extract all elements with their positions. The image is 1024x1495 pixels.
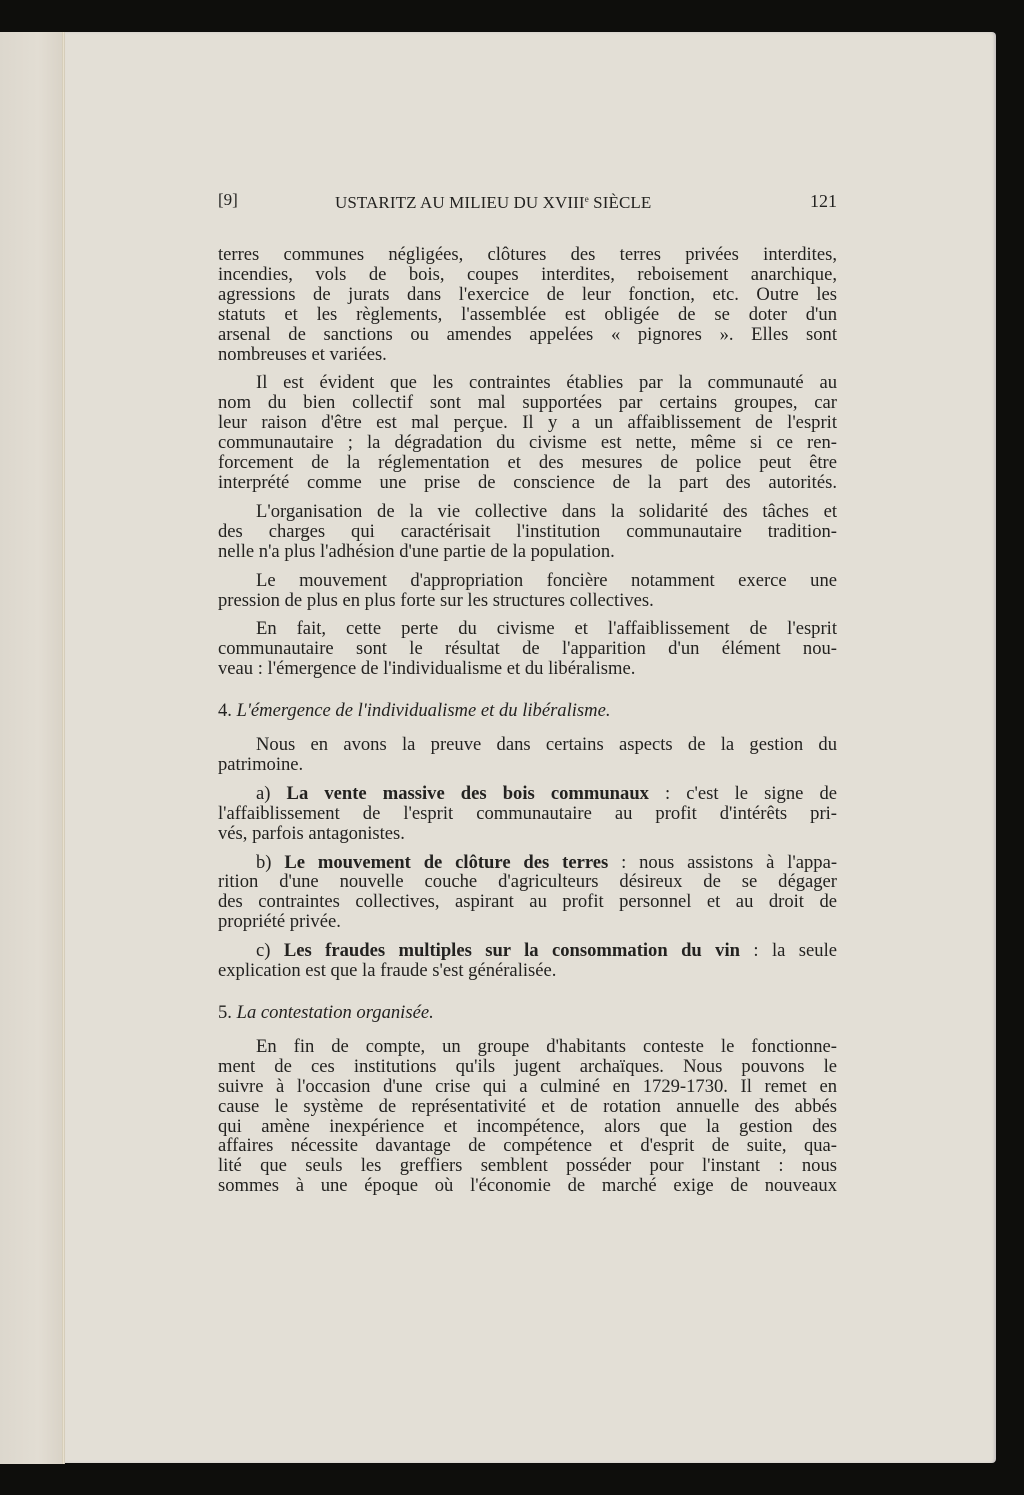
text-line: veau : l'émergence de l'individualisme e… (218, 659, 837, 679)
text-line: b) Le mouvement de clôture des terres : … (218, 853, 837, 873)
list-item-c: c) Les fraudes multiples sur la consomma… (218, 941, 837, 981)
text-line: Il est évident que les contraintes établ… (218, 373, 837, 393)
page-number: 121 (810, 192, 837, 212)
text-line: vés, parfois antagonistes. (218, 824, 837, 844)
item-text: : c'est le signe de (649, 783, 837, 804)
item-text: : la seule (740, 940, 837, 961)
section-title: La contestation organisée. (237, 1002, 434, 1023)
paragraph: L'organisation de la vie collective dans… (218, 502, 837, 562)
text-line: patrimoine. (218, 755, 837, 775)
text-line: leur raison d'être est mal perçue. Il y … (218, 413, 837, 433)
running-title-suffix: SIÈCLE (589, 193, 652, 212)
list-item-b: b) Le mouvement de clôture des terres : … (218, 853, 837, 933)
text-line: sommes à une époque où l'économie de mar… (218, 1176, 837, 1196)
text-line: pression de plus en plus forte sur les s… (218, 591, 837, 611)
text-line: nelle n'a plus l'adhésion d'une partie d… (218, 542, 837, 562)
section-heading-4: 4. L'émergence de l'individualisme et du… (218, 701, 837, 721)
text-line: terres communes négligées, clôtures des … (218, 245, 837, 265)
item-marker: a) (256, 783, 270, 804)
facing-page-edge (0, 32, 64, 1464)
item-bold-title: La vente massive des bois communaux (287, 783, 649, 804)
text-line: l'affaiblissement de l'esprit communauta… (218, 804, 837, 824)
text-line: explication est que la fraude s'est géné… (218, 961, 837, 981)
text-line: des charges qui caractérisait l'institut… (218, 522, 837, 542)
body-text: terres communes négligées, clôtures des … (218, 245, 837, 1196)
page-content: [9] USTARITZ AU MILIEU DU XVIIIe SIÈCLE … (218, 185, 837, 1205)
text-line: nombreuses et variées. (218, 345, 837, 365)
paragraph: Le mouvement d'appropriation foncière no… (218, 571, 837, 611)
paragraph: En fait, cette perte du civisme et l'aff… (218, 619, 837, 679)
section-number: 5. (218, 1002, 232, 1023)
paragraph: Il est évident que les contraintes établ… (218, 373, 837, 492)
text-line: affaires nécessite davantage de compéten… (218, 1136, 837, 1156)
text-line: En fin de compte, un groupe d'habitants … (218, 1037, 837, 1057)
text-line: des contraintes collectives, aspirant au… (218, 892, 837, 912)
text-line: nom du bien collectif sont mal supportée… (218, 393, 837, 413)
running-title-prefix: USTARITZ AU MILIEU DU XVIII (335, 193, 585, 212)
paragraph: Nous en avons la preuve dans certains as… (218, 735, 837, 775)
text-line: L'organisation de la vie collective dans… (218, 502, 837, 522)
text-line: rition d'une nouvelle couche d'agriculte… (218, 872, 837, 892)
text-line: En fait, cette perte du civisme et l'aff… (218, 619, 837, 639)
item-bold-title: Les fraudes multiples sur la consommatio… (284, 940, 740, 961)
item-marker: b) (256, 852, 272, 873)
paragraph: En fin de compte, un groupe d'habitants … (218, 1037, 837, 1196)
paragraph: terres communes négligées, clôtures des … (218, 245, 837, 364)
book-page: [9] USTARITZ AU MILIEU DU XVIIIe SIÈCLE … (65, 32, 996, 1463)
text-line: suivre à l'occasion d'une crise qui a cu… (218, 1077, 837, 1097)
item-text: : nous assistons à l'appa- (608, 852, 837, 873)
text-line: Le mouvement d'appropriation foncière no… (218, 571, 837, 591)
section-heading-5: 5. La contestation organisée. (218, 1003, 837, 1023)
text-line: interprété comme une prise de conscience… (218, 473, 837, 493)
text-line: communautaire ; la dégradation du civism… (218, 433, 837, 453)
section-marker: [9] (218, 190, 238, 210)
running-head: [9] USTARITZ AU MILIEU DU XVIIIe SIÈCLE … (218, 185, 837, 215)
text-line: qui amène inexpérience et incompétence, … (218, 1117, 837, 1137)
item-marker: c) (256, 940, 270, 961)
section-title: L'émergence de l'individualisme et du li… (237, 700, 611, 721)
text-line: cause le système de représentativité et … (218, 1097, 837, 1117)
scanned-book-spread: [9] USTARITZ AU MILIEU DU XVIIIe SIÈCLE … (0, 0, 1024, 1495)
text-line: ment de ces institutions qu'ils jugent a… (218, 1057, 837, 1077)
text-line: lité que seuls les greffiers semblent po… (218, 1156, 837, 1176)
text-line: c) Les fraudes multiples sur la consomma… (218, 941, 837, 961)
item-bold-title: Le mouvement de clôture des terres (284, 852, 608, 873)
list-item-a: a) La vente massive des bois communaux :… (218, 784, 837, 844)
text-line: communautaire sont le résultat de l'appa… (218, 639, 837, 659)
text-line: Nous en avons la preuve dans certains as… (218, 735, 837, 755)
section-number: 4. (218, 700, 232, 721)
text-line: arsenal de sanctions ou amendes appelées… (218, 325, 837, 345)
text-line: forcement de la réglementation et des me… (218, 453, 837, 473)
running-title: USTARITZ AU MILIEU DU XVIIIe SIÈCLE (335, 190, 651, 213)
text-line: propriété privée. (218, 912, 837, 932)
text-line: a) La vente massive des bois communaux :… (218, 784, 837, 804)
text-line: incendies, vols de bois, coupes interdit… (218, 265, 837, 285)
text-line: agressions de jurats dans l'exercice de … (218, 285, 837, 305)
text-line: statuts et les règlements, l'assemblée e… (218, 305, 837, 325)
